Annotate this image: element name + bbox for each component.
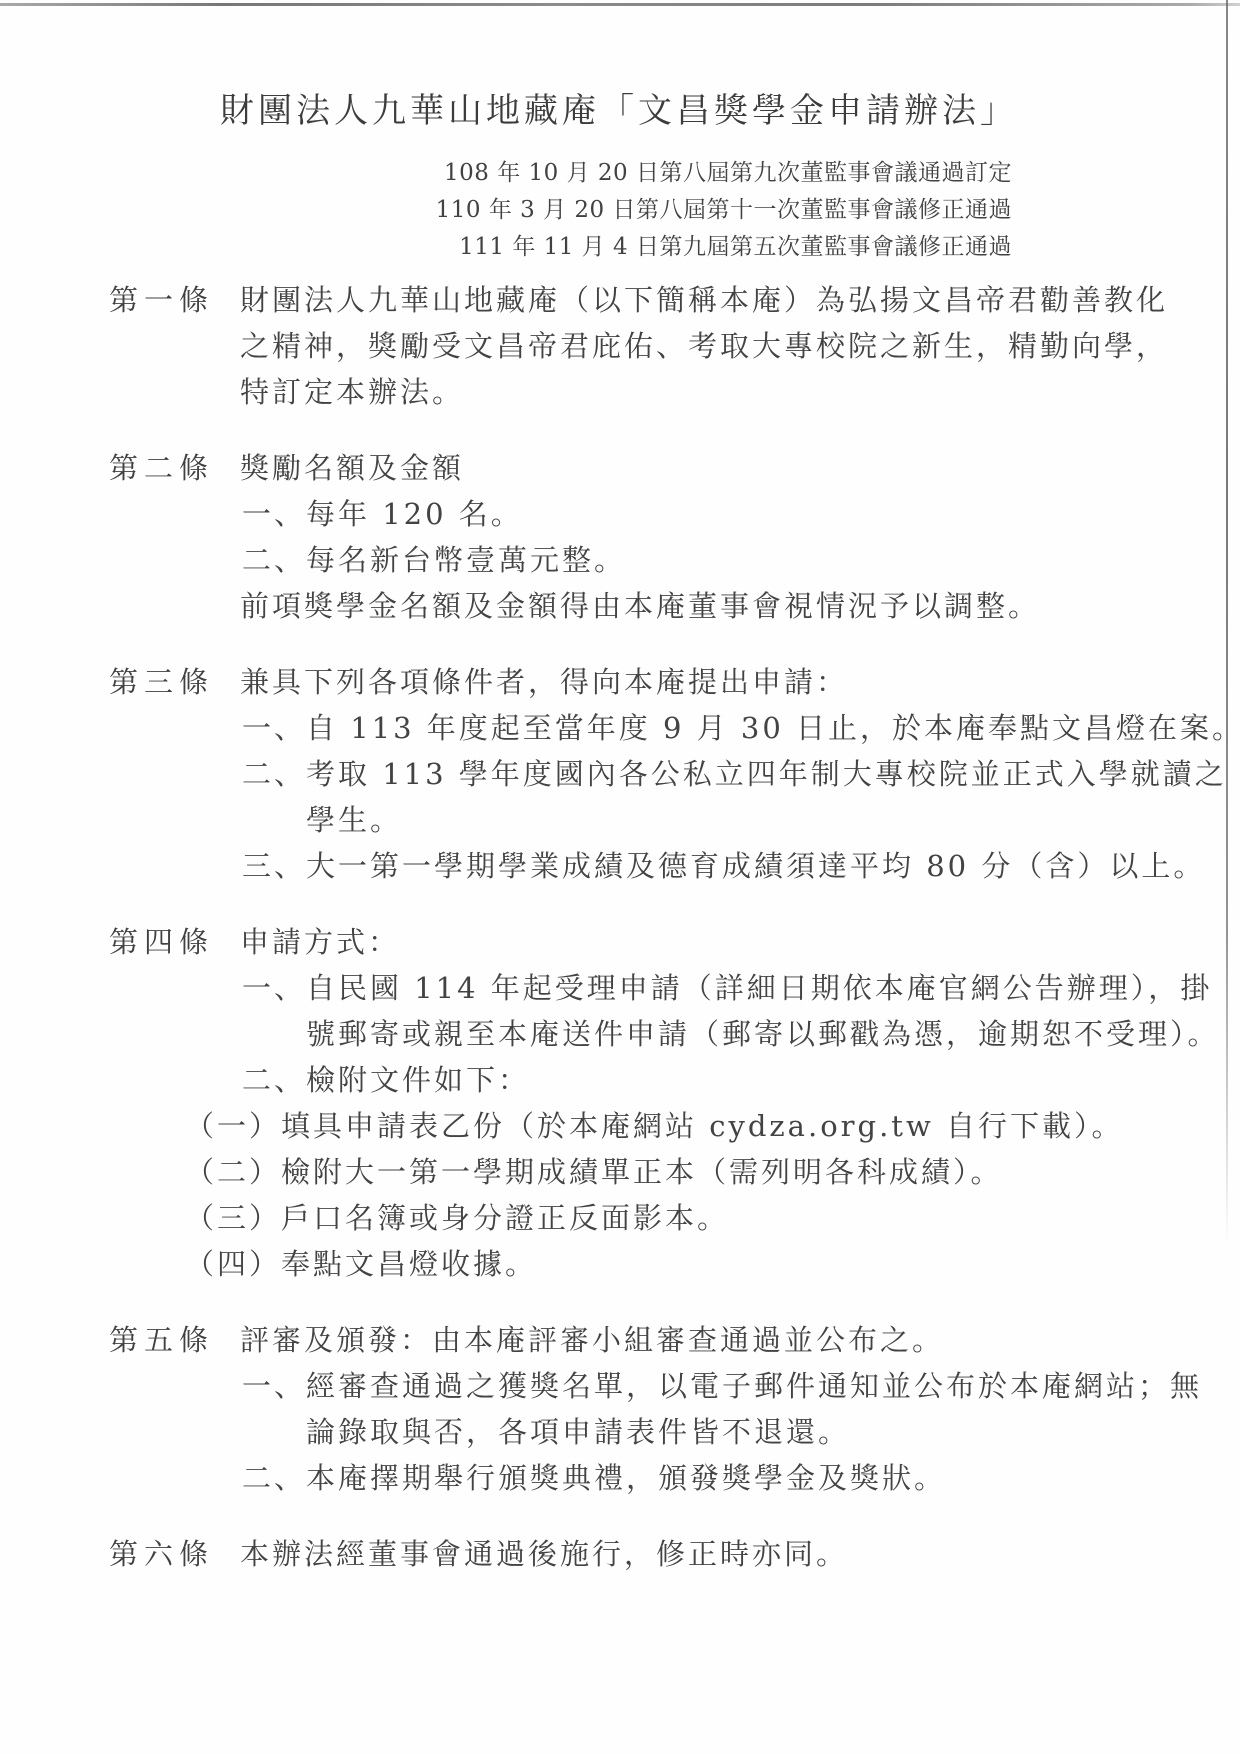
article-text-line: 特訂定本辦法。 [240,369,1169,415]
revision-line-1: 108 年 10 月 20 日第八屆第九次董監事會議通過訂定 [0,155,1012,192]
article-text-line: 本辦法經董事會通過後施行，修正時亦同。 [240,1531,1169,1577]
article-5-body: 評審及頒發：由本庵評審小組審查通過並公布之。 一、經審查通過之獲獎名單，以電子郵… [240,1317,1169,1501]
article-1-body: 財團法人九華山地藏庵（以下簡稱本庵）為弘揚文昌帝君勸善教化 之精神，獎勵受文昌帝… [240,277,1169,415]
article-4-body: 申請方式： 一、自民國 114 年起受理申請（詳細日期依本庵官網公告辦理），掛 … [240,919,1169,1287]
article-text-line: 財團法人九華山地藏庵（以下簡稱本庵）為弘揚文昌帝君勸善教化 [240,277,1169,323]
article-list-item: 二、本庵擇期舉行頒獎典禮，頒發獎學金及獎狀。 [242,1455,1169,1501]
article-2-body: 獎勵名額及金額 一、每年 120 名。 二、每名新台幣壹萬元整。 前項獎學金名額… [240,445,1169,629]
article-sublist-item: （二）檢附大一第一學期成績單正本（需列明各科成績）。 [185,1149,1169,1195]
article-2: 第二條 獎勵名額及金額 一、每年 120 名。 二、每名新台幣壹萬元整。 前項獎… [109,445,1169,629]
revision-history: 108 年 10 月 20 日第八屆第九次董監事會議通過訂定 110 年 3 月… [0,155,1012,266]
article-4: 第四條 申請方式： 一、自民國 114 年起受理申請（詳細日期依本庵官網公告辦理… [109,919,1169,1287]
article-1-number: 第一條 [109,277,214,323]
article-text-line: 之精神，獎勵受文昌帝君庇佑、考取大專校院之新生，精勤向學， [240,323,1169,369]
article-3-number: 第三條 [109,659,214,705]
article-5-number: 第五條 [109,1317,214,1363]
article-list-item: 一、自民國 114 年起受理申請（詳細日期依本庵官網公告辦理），掛 [242,965,1169,1011]
article-3-body: 兼具下列各項條件者，得向本庵提出申請： 一、自 113 年度起至當年度 9 月 … [240,659,1169,889]
scan-artifact-right-edge [1226,0,1228,1245]
article-list-item-continuation: 學生。 [306,797,1169,843]
article-list-item: 二、考取 113 學年度國內各公私立四年制大專校院並正式入學就讀之 [242,751,1169,797]
article-1: 第一條 財團法人九華山地藏庵（以下簡稱本庵）為弘揚文昌帝君勸善教化 之精神，獎勵… [109,277,1169,415]
revision-line-3: 111 年 11 月 4 日第九屆第五次董監事會議修正通過 [0,229,1012,266]
article-2-number: 第二條 [109,445,214,491]
article-5: 第五條 評審及頒發：由本庵評審小組審查通過並公布之。 一、經審查通過之獲獎名單，… [109,1317,1169,1501]
article-list-item: 一、自 113 年度起至當年度 9 月 30 日止，於本庵奉點文昌燈在案。 [242,705,1169,751]
revision-line-2: 110 年 3 月 20 日第八屆第十一次董監事會議修正通過 [0,192,1012,229]
article-6-body: 本辦法經董事會通過後施行，修正時亦同。 [240,1531,1169,1577]
article-list-item-continuation: 論錄取與否，各項申請表件皆不退還。 [306,1409,1169,1455]
scan-artifact-top-edge [0,3,1240,6]
article-text-line: 前項獎學金名額及金額得由本庵董事會視情況予以調整。 [240,583,1169,629]
article-list-item: 一、每年 120 名。 [242,491,1169,537]
article-text-line: 申請方式： [240,919,1169,965]
article-list-item: 二、每名新台幣壹萬元整。 [242,537,1169,583]
article-list-item: 一、經審查通過之獲獎名單，以電子郵件通知並公布於本庵網站；無 [242,1363,1169,1409]
document-title: 財團法人九華山地藏庵「文昌獎學金申請辦法」 [220,86,1018,136]
article-3: 第三條 兼具下列各項條件者，得向本庵提出申請： 一、自 113 年度起至當年度 … [109,659,1169,889]
article-sublist-item: （三）戶口名簿或身分證正反面影本。 [185,1195,1169,1241]
article-list-item: 三、大一第一學期學業成績及德育成績須達平均 80 分（含）以上。 [242,843,1169,889]
scanned-document-page: 財團法人九華山地藏庵「文昌獎學金申請辦法」 108 年 10 月 20 日第八屆… [0,0,1240,1754]
article-text-line: 獎勵名額及金額 [240,445,1169,491]
article-sublist-item: （一）填具申請表乙份（於本庵網站 cydza.org.tw 自行下載）。 [185,1103,1169,1149]
article-6-number: 第六條 [109,1531,214,1577]
article-list-item-continuation: 號郵寄或親至本庵送件申請（郵寄以郵戳為憑，逾期恕不受理）。 [306,1011,1169,1057]
article-text-line: 兼具下列各項條件者，得向本庵提出申請： [240,659,1169,705]
article-list-item: 二、檢附文件如下： [242,1057,1169,1103]
article-4-number: 第四條 [109,919,214,965]
article-text-line: 評審及頒發：由本庵評審小組審查通過並公布之。 [240,1317,1169,1363]
article-6: 第六條 本辦法經董事會通過後施行，修正時亦同。 [109,1531,1169,1577]
article-sublist-item: （四）奉點文昌燈收據。 [185,1241,1169,1287]
